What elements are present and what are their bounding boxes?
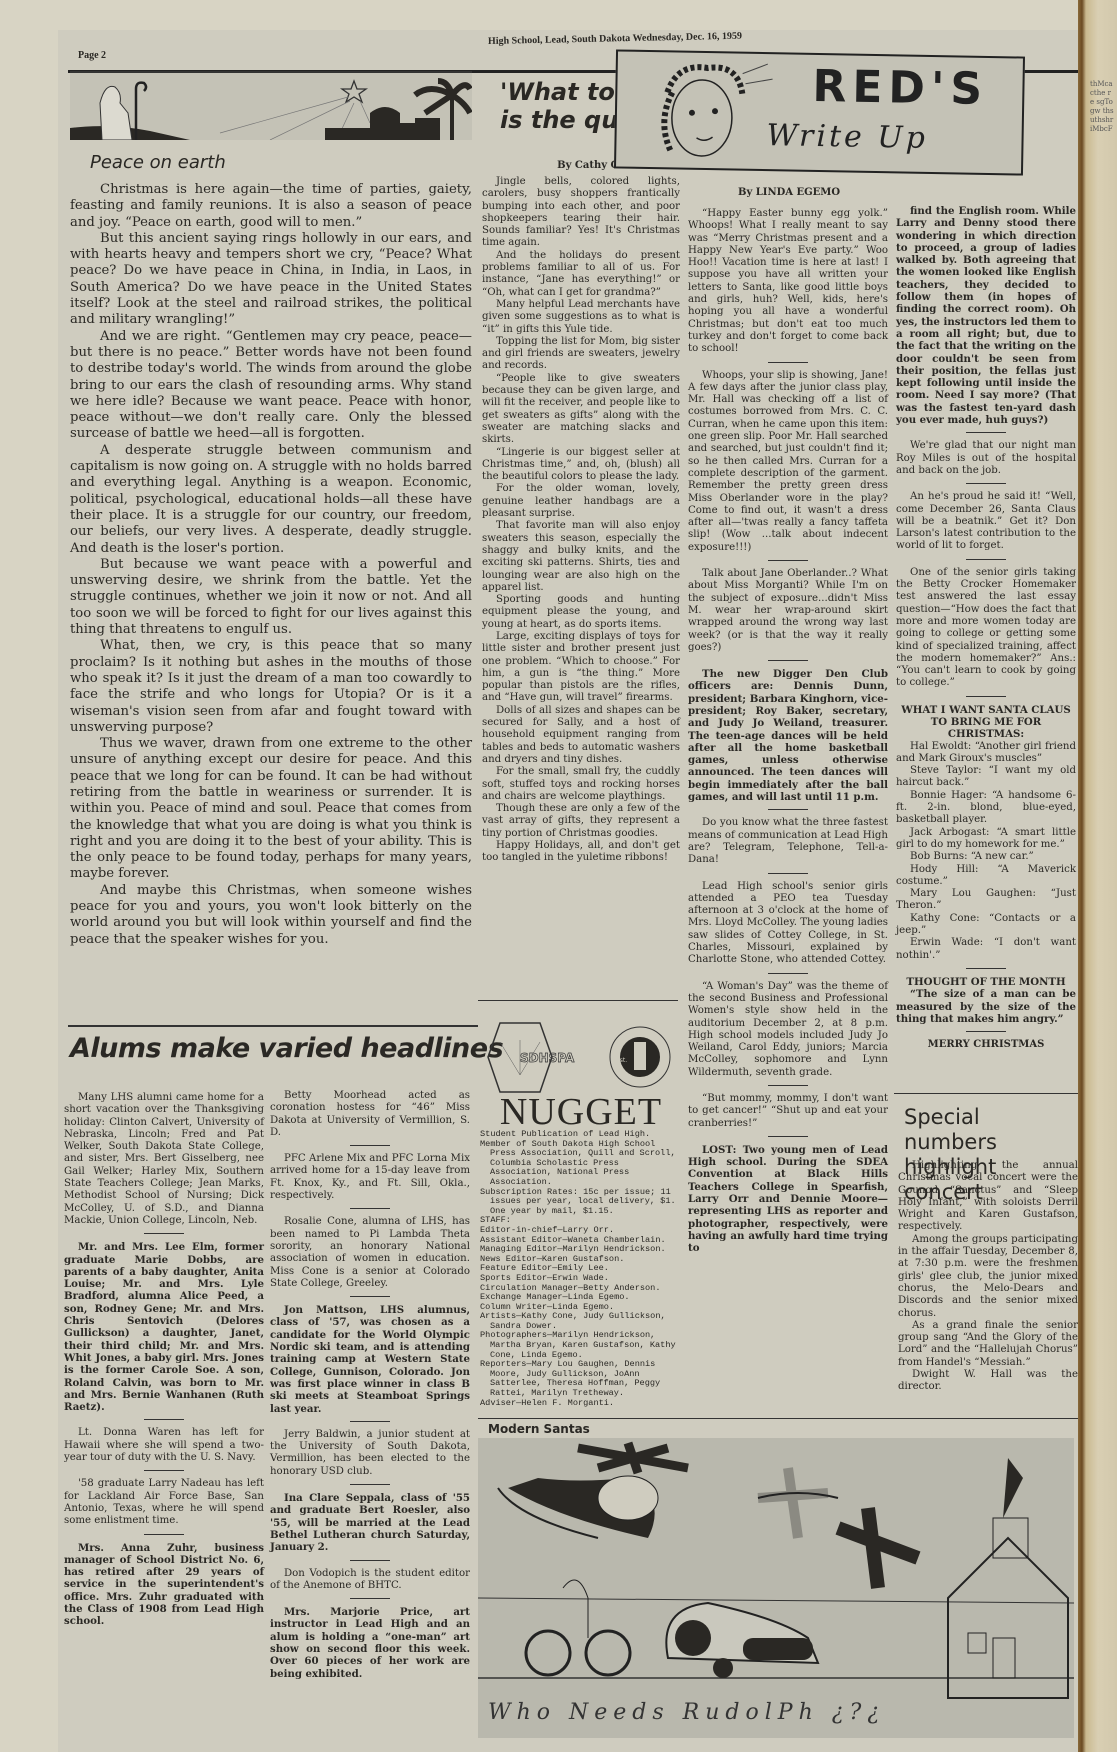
- reds-title: RED'S: [812, 61, 988, 115]
- separator: [966, 1031, 1006, 1032]
- dateline: High School, Lead, South Dakota Wednesda…: [488, 31, 742, 47]
- staff-line: Adviser—Helen F. Morganti.: [480, 1399, 680, 1409]
- section-rule: [894, 1093, 1079, 1094]
- separator: [768, 973, 808, 974]
- news-item: Mrs. Marjorie Price, art instructor in L…: [270, 1606, 470, 1680]
- paragraph: Christmas is here again—the time of part…: [70, 182, 472, 231]
- news-item: Many LHS alumni came home for a short va…: [64, 1092, 264, 1227]
- gossip-item: find the English room. While Larry and D…: [896, 205, 1076, 426]
- separator: [350, 1598, 390, 1599]
- reds-write-up-banner: RED'S Write Up: [614, 49, 1025, 175]
- nativity-scene-icon: [70, 73, 472, 140]
- gossip-item: Talk about Jane Oberlander..? What about…: [688, 568, 888, 654]
- gossip-item: An he's proud he said it! “Well, come De…: [896, 491, 1076, 552]
- paragraph: For the small, small fry, the cuddly sof…: [482, 766, 680, 803]
- news-item: PFC Arlene Mix and PFC Lorna Mix arrived…: [270, 1153, 470, 1202]
- modern-santas-cartoon: Who Needs RudolPh ¿?¿: [478, 1438, 1074, 1738]
- merry-christmas: MERRY CHRISTMAS: [896, 1039, 1076, 1051]
- paragraph: For the older woman, lovely, genuine lea…: [482, 483, 680, 520]
- paragraph: Among the groups participating in the af…: [898, 1234, 1078, 1320]
- separator: [768, 873, 808, 874]
- nativity-illustration: [70, 71, 472, 140]
- paragraph: But this ancient saying rings hollowly i…: [70, 231, 472, 329]
- staff-line: Photographers—Marilyn Hendrickson, Marth…: [480, 1331, 680, 1360]
- cartoon-title: Modern Santas: [488, 1422, 590, 1436]
- paragraph: As a grand finale the senior group sang …: [898, 1320, 1078, 1369]
- reds-column-1: “Happy Easter bunny egg yolk.” Whoops! W…: [688, 208, 888, 1255]
- reds-subtitle: Write Up: [766, 118, 928, 156]
- cartoon-caption: Who Needs RudolPh ¿?¿: [488, 1700, 885, 1725]
- gossip-item: Do you know what the three fastest means…: [688, 817, 888, 866]
- curly-haired-girl-icon: [626, 52, 778, 170]
- alums-column-2: Betty Moorhead acted as coronation hoste…: [270, 1090, 470, 1680]
- news-item: Don Vodopich is the student editor of th…: [270, 1568, 470, 1593]
- concert-body: Highlighting the annual Christmas vocal …: [898, 1160, 1078, 1394]
- separator: [768, 362, 808, 363]
- thought-text: “The size of a man can be measured by th…: [896, 988, 1076, 1025]
- nugget-nameplate: NUGGET: [482, 1095, 680, 1129]
- staff-line: Subscription Rates: 15c per issue; 11 is…: [480, 1188, 680, 1217]
- separator: [350, 1296, 390, 1297]
- news-item: Mrs. Anna Zuhr, business manager of Scho…: [64, 1542, 264, 1628]
- news-item: Jon Mattson, LHS alumnus, class of '57, …: [270, 1304, 470, 1415]
- thought-heading: THOUGHT OF THE MONTH: [896, 976, 1076, 988]
- adjacent-page-fragment: thMcacthe re sgTogw thsuthshriMbcF: [1090, 80, 1115, 980]
- separator: [966, 432, 1006, 433]
- wish-item: Mary Lou Gaughen: “Just Theron.”: [896, 888, 1076, 913]
- paragraph: But because we want peace with a powerfu…: [70, 557, 472, 638]
- wish-item: Steve Taylor: “I want my old haircut bac…: [896, 765, 1076, 790]
- alums-column-1: Many LHS alumni came home for a short va…: [64, 1092, 264, 1628]
- editorial-body: Christmas is here again—the time of part…: [70, 182, 472, 948]
- paragraph: Though these are only a few of the vast …: [482, 803, 680, 840]
- paragraph: Large, exciting displays of toys for lit…: [482, 631, 680, 705]
- gossip-item: “Happy Easter bunny egg yolk.” Whoops! W…: [688, 208, 888, 356]
- wish-item: Jack Arbogast: “A smart little girl to d…: [896, 827, 1076, 852]
- wish-item: Bonnie Hager: “A handsome 6-ft. 2-in. bl…: [896, 790, 1076, 827]
- paragraph: Topping the list for Mom, big sister and…: [482, 336, 680, 373]
- gossip-item: “But mommy, mommy, I don't want to get c…: [688, 1093, 888, 1130]
- section-rule: [478, 1000, 678, 1001]
- newspaper-page: Page 2 High School, Lead, South Dakota W…: [58, 30, 1078, 1752]
- gossip-item: Lead High school's senior girls attended…: [688, 881, 888, 967]
- svg-text:Est.: Est.: [616, 1057, 627, 1064]
- separator: [768, 660, 808, 661]
- wish-item: Erwin Wade: “I don't want nothin'.”: [896, 937, 1076, 962]
- staff-line: Reporters—Mary Lou Gaughen, Dennis Moore…: [480, 1360, 680, 1398]
- separator: [768, 1085, 808, 1086]
- section-rule: [68, 1025, 478, 1027]
- paragraph: Highlighting the annual Christmas vocal …: [898, 1160, 1078, 1234]
- news-item: Betty Moorhead acted as coronation hoste…: [270, 1090, 470, 1139]
- news-item: Mr. and Mrs. Lee Elm, former graduate Ma…: [64, 1241, 264, 1413]
- separator: [144, 1419, 184, 1420]
- separator: [966, 559, 1006, 560]
- news-item: '58 graduate Larry Nadeau has left for L…: [64, 1478, 264, 1527]
- separator: [768, 1136, 808, 1137]
- separator: [144, 1470, 184, 1471]
- sdhspa-logo-icon: SDHSPA Est.: [482, 1020, 680, 1095]
- separator: [350, 1421, 390, 1422]
- paragraph: Jingle bells, colored lights, carolers, …: [482, 176, 680, 250]
- paragraph: And the holidays do present problems fam…: [482, 250, 680, 299]
- paragraph: “Lingerie is our biggest seller at Chris…: [482, 447, 680, 484]
- wish-item: Hody Hill: “A Maverick costume.”: [896, 864, 1076, 889]
- wish-item: Bob Burns: “A new car.”: [896, 851, 1076, 863]
- separator: [768, 809, 808, 810]
- separator: [768, 560, 808, 561]
- paragraph: And we are right. “Gentlemen may cry pea…: [70, 329, 472, 443]
- gossip-item: LOST: Two young men of Lead High school.…: [688, 1144, 888, 1255]
- santa-wishes-heading: WHAT I WANT SANTA CLAUS TO BRING ME FOR …: [896, 704, 1076, 741]
- page-number: Page 2: [78, 50, 106, 61]
- gossip-item: Whoops, your slip is showing, Jane! A fe…: [688, 370, 888, 554]
- separator: [350, 1484, 390, 1485]
- gossip-item: The new Digger Den Club officers are: De…: [688, 668, 888, 803]
- paragraph: A desperate struggle between communism a…: [70, 443, 472, 557]
- separator: [966, 483, 1006, 484]
- separator: [966, 968, 1006, 969]
- paragraph: Thus we waver, drawn from one extreme to…: [70, 736, 472, 883]
- byline: By LINDA EGEMO: [738, 187, 840, 198]
- separator: [350, 1145, 390, 1146]
- section-rule: [478, 1418, 1078, 1419]
- news-item: Rosalie Cone, alumna of LHS, has been na…: [270, 1216, 470, 1290]
- svg-text:SDHSPA: SDHSPA: [520, 1051, 575, 1065]
- staff-box: Student Publication of Lead High. Member…: [480, 1130, 680, 1408]
- paragraph: Many helpful Lead merchants have given s…: [482, 299, 680, 336]
- paragraph: Sporting goods and hunting equipment ple…: [482, 594, 680, 631]
- paragraph: Dolls of all sizes and shapes can be sec…: [482, 705, 680, 766]
- news-item: Ina Clare Seppala, class of '55 and grad…: [270, 1492, 470, 1553]
- news-item: Lt. Donna Waren has left for Hawaii wher…: [64, 1427, 264, 1464]
- gossip-item: “A Woman's Day” was the theme of the sec…: [688, 981, 888, 1079]
- paragraph: And maybe this Christmas, when someone w…: [70, 883, 472, 948]
- paragraph: Happy Holidays, all, and don't get too t…: [482, 840, 680, 865]
- press-association-logos: SDHSPA Est.: [482, 1020, 680, 1095]
- separator: [350, 1560, 390, 1561]
- gossip-item: We're glad that our night man Roy Miles …: [896, 440, 1076, 477]
- paragraph: What, then, we cry, is this peace that s…: [70, 638, 472, 736]
- wish-item: Hal Ewoldt: “Another girl friend and Mar…: [896, 741, 1076, 766]
- santas-drawing-icon: [478, 1438, 1074, 1738]
- news-item: Jerry Baldwin, a junior student at the U…: [270, 1429, 470, 1478]
- separator: [350, 1208, 390, 1209]
- separator: [966, 696, 1006, 697]
- separator: [144, 1534, 184, 1535]
- wish-item: Kathy Cone: “Contacts or a jeep.”: [896, 913, 1076, 938]
- what-to-give-body: Jingle bells, colored lights, carolers, …: [482, 176, 680, 865]
- staff-line: Member of South Dakota High School Press…: [480, 1140, 680, 1188]
- separator: [144, 1233, 184, 1234]
- paragraph: That favorite man will also enjoy sweate…: [482, 520, 680, 594]
- paragraph: “People like to give sweaters because th…: [482, 373, 680, 447]
- headline-line: Special numbers: [904, 1105, 1078, 1155]
- staff-line: Artists—Kathy Cone, Judy Gullickson, San…: [480, 1312, 680, 1331]
- editorial-title: Peace on earth: [90, 152, 226, 173]
- paragraph: Dwight W. Hall was the director.: [898, 1369, 1078, 1394]
- reds-column-2: find the English room. While Larry and D…: [896, 205, 1076, 1051]
- gossip-item: One of the senior girls taking the Betty…: [896, 567, 1076, 690]
- alums-headline: Alums make varied headlines: [70, 1033, 503, 1064]
